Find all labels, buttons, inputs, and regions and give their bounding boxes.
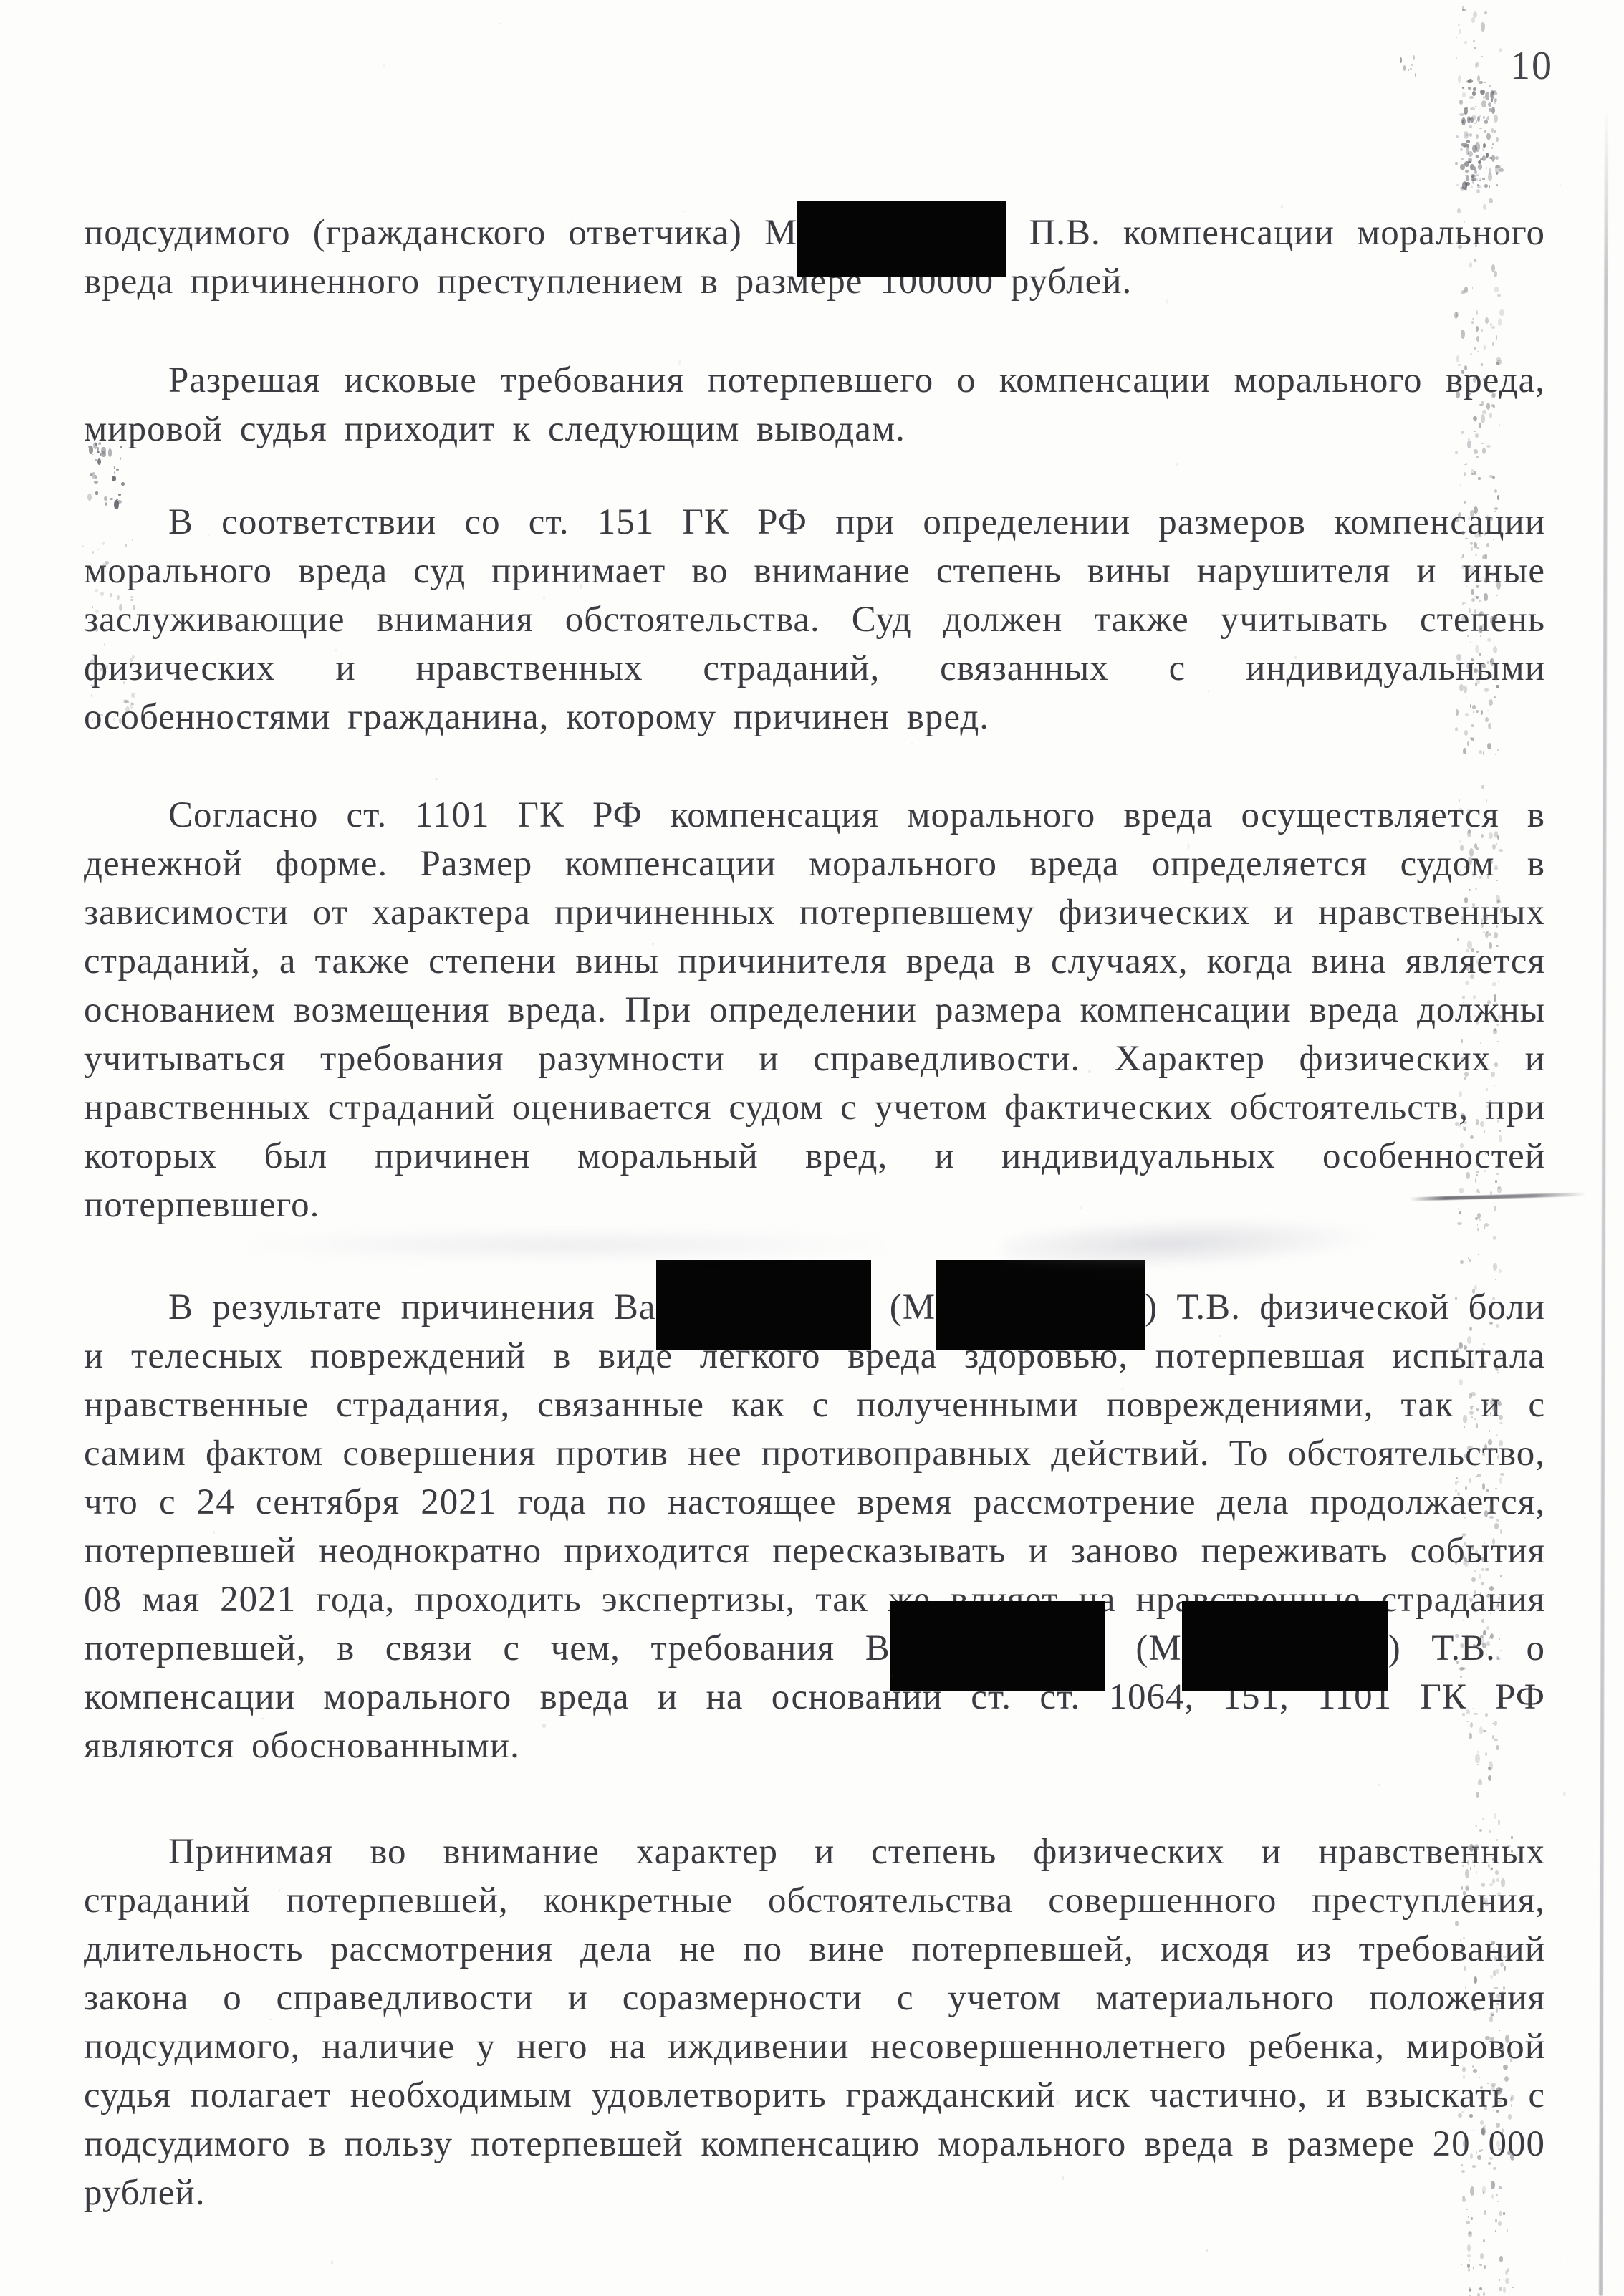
scan-speck xyxy=(1469,2232,1471,2234)
scan-speck xyxy=(1400,57,1402,62)
scan-speck xyxy=(1476,134,1479,139)
scan-speck xyxy=(1471,174,1476,177)
scan-speck xyxy=(1466,175,1469,181)
scan-speck xyxy=(1491,92,1494,95)
scan-speck xyxy=(1469,133,1472,137)
scan-speck xyxy=(1455,162,1458,165)
scan-speck xyxy=(1281,204,1283,208)
scan-speck xyxy=(1494,130,1496,133)
scan-speck xyxy=(1481,100,1486,107)
scan-speck xyxy=(1494,115,1498,123)
scan-speck xyxy=(1471,115,1476,120)
scan-speck xyxy=(1473,87,1477,92)
scan-speck xyxy=(1496,92,1497,95)
scan-speck xyxy=(1456,135,1459,138)
scan-speck xyxy=(1469,2259,1470,2262)
scan-speck xyxy=(1483,2239,1485,2242)
scan-speck xyxy=(1486,118,1488,120)
scan-speck xyxy=(1476,178,1478,181)
scan-speck xyxy=(1499,168,1504,173)
scan-speck xyxy=(1499,48,1502,52)
scan-speck xyxy=(1475,62,1479,67)
scan-speck xyxy=(1456,57,1457,59)
scan-speck xyxy=(1474,166,1476,171)
scan-speck xyxy=(1488,173,1492,181)
scan-speck xyxy=(1488,102,1491,107)
scan-speck xyxy=(1484,11,1487,14)
scan-speck xyxy=(1467,2254,1471,2257)
paragraph: подсудимого (гражданского ответчика) М П… xyxy=(84,208,1545,306)
scan-speck xyxy=(1512,2287,1514,2289)
scan-speck xyxy=(1474,47,1476,49)
scan-speck xyxy=(1479,2264,1482,2266)
redaction-fill xyxy=(936,1260,1145,1350)
scan-speck xyxy=(1484,130,1486,133)
scan-speck xyxy=(1468,153,1469,153)
scan-speck xyxy=(1456,184,1459,186)
scan-speck xyxy=(1470,102,1471,103)
scan-speck xyxy=(1471,117,1473,122)
scan-speck xyxy=(1477,184,1479,186)
paragraph: В результате причинения Ва (М) Т.В. физи… xyxy=(84,1283,1545,1770)
page-edge-shadow xyxy=(1599,107,1608,2296)
scan-speck xyxy=(1459,113,1464,117)
scan-speck xyxy=(1489,198,1493,203)
scan-speck xyxy=(1461,143,1466,147)
scan-speck xyxy=(1460,186,1464,191)
scan-speck xyxy=(1415,73,1416,77)
scan-speck xyxy=(1470,107,1475,110)
scan-speck xyxy=(1468,87,1472,90)
scan-speck xyxy=(1495,156,1499,160)
scan-speck xyxy=(1462,120,1464,123)
scan-speck xyxy=(1471,175,1474,178)
scan-speck xyxy=(1491,107,1495,114)
scan-speck xyxy=(1464,41,1467,43)
text-block: подсудимого (гражданского ответчика) М П… xyxy=(84,208,1545,2217)
redaction-box xyxy=(656,1293,871,1319)
redaction-box xyxy=(936,1293,1145,1319)
redaction-fill xyxy=(1182,1601,1388,1691)
scan-speck xyxy=(1469,2289,1471,2291)
paragraph-text: В соответствии со ст. 151 ГК РФ при опре… xyxy=(84,502,1545,737)
scan-speck xyxy=(1466,148,1469,155)
scan-speck xyxy=(1476,189,1480,194)
scan-speck xyxy=(1563,1792,1565,1796)
scan-speck xyxy=(1478,160,1481,164)
scan-speck xyxy=(1476,120,1478,123)
scan-speck xyxy=(1489,168,1492,174)
scan-speck xyxy=(1469,118,1471,119)
scan-speck xyxy=(1467,2244,1471,2252)
scan-speck xyxy=(1483,96,1484,99)
scan-speck xyxy=(1505,2278,1509,2285)
scan-speck xyxy=(1467,116,1471,123)
scan-speck xyxy=(1458,24,1460,26)
scan-speck xyxy=(1466,2221,1470,2224)
scan-speck xyxy=(1473,40,1475,42)
scan-speck xyxy=(1483,150,1484,151)
scan-speck xyxy=(1465,170,1469,173)
scan-speck xyxy=(1499,2256,1502,2262)
scan-speck xyxy=(1468,151,1473,157)
scan-speck xyxy=(1461,158,1464,160)
scan-speck xyxy=(1499,2287,1502,2291)
document-page: 10 подсудимого (гражданского ответчика) … xyxy=(0,0,1624,2296)
scan-speck xyxy=(1496,184,1498,186)
scan-speck xyxy=(1491,155,1495,162)
scan-speck xyxy=(1467,2264,1469,2268)
scan-speck xyxy=(1491,99,1493,102)
scan-speck xyxy=(1470,164,1474,170)
scan-speck xyxy=(1491,128,1494,133)
scan-speck xyxy=(1482,81,1484,83)
scan-speck xyxy=(1468,79,1473,83)
scan-speck xyxy=(1492,91,1494,94)
paragraph-text: Принимая во внимание характер и степень … xyxy=(84,1832,1545,2213)
scan-speck xyxy=(1461,117,1466,125)
scan-speck xyxy=(1462,9,1466,11)
scan-speck xyxy=(1468,161,1471,163)
scan-speck xyxy=(1461,2264,1462,2265)
scan-speck xyxy=(1469,125,1472,128)
scan-speck xyxy=(1477,2293,1480,2296)
scan-speck xyxy=(1479,81,1483,84)
scan-speck xyxy=(1495,165,1500,169)
scan-speck xyxy=(1487,133,1489,133)
scan-speck xyxy=(1489,157,1492,160)
redaction-fill xyxy=(797,201,1006,277)
paragraph-text: Разрешая исковые требования потерпевшего… xyxy=(84,360,1545,449)
scan-speck xyxy=(1473,2267,1474,2269)
scan-speck xyxy=(1477,185,1479,186)
scan-speck xyxy=(1495,165,1500,175)
scan-speck xyxy=(1475,106,1476,107)
scan-speck xyxy=(1495,2219,1497,2223)
scan-speck xyxy=(1468,158,1471,163)
paragraph: Разрешая исковые требования потерпевшего… xyxy=(84,356,1545,453)
scan-speck xyxy=(1206,2249,1208,2252)
scan-speck xyxy=(1489,85,1491,87)
scan-speck xyxy=(1560,2258,1562,2260)
scan-speck xyxy=(1498,2221,1502,2226)
scan-speck xyxy=(1491,95,1493,97)
scan-speck xyxy=(1462,92,1465,97)
paragraph-text: (М xyxy=(871,1287,936,1327)
scan-speck xyxy=(1472,91,1475,96)
scan-speck xyxy=(1403,65,1406,70)
scan-speck xyxy=(1483,178,1485,181)
scan-speck xyxy=(1473,11,1477,18)
scan-speck xyxy=(1494,99,1496,104)
scan-speck xyxy=(1490,90,1494,100)
scan-speck xyxy=(1486,133,1490,140)
scan-speck xyxy=(1483,143,1486,148)
scan-speck xyxy=(1471,2217,1472,2220)
scan-speck xyxy=(1466,140,1470,143)
scan-speck xyxy=(1456,37,1457,38)
scan-speck xyxy=(1475,155,1477,158)
scan-speck xyxy=(1475,142,1480,152)
scan-speck xyxy=(1461,148,1462,149)
scan-speck xyxy=(1469,96,1474,99)
scan-speck xyxy=(1482,178,1484,180)
scan-speck xyxy=(1477,116,1480,122)
paragraph-text: В результате причинения Ва xyxy=(168,1287,656,1327)
scan-speck xyxy=(1464,131,1469,138)
scan-speck xyxy=(1481,22,1485,32)
redaction-box xyxy=(890,1634,1105,1660)
scan-speck xyxy=(1479,180,1481,182)
scan-speck xyxy=(1499,2279,1500,2280)
scan-speck xyxy=(1466,134,1468,136)
scan-speck xyxy=(1464,161,1469,167)
scan-speck xyxy=(1476,155,1478,158)
scan-speck xyxy=(1483,2292,1485,2296)
scan-speck xyxy=(1486,167,1487,169)
paragraph: В соответствии со ст. 151 ГК РФ при опре… xyxy=(84,498,1545,741)
scan-speck xyxy=(1468,2268,1470,2272)
paragraph-text: Согласно ст. 1101 ГК РФ компенсация мора… xyxy=(84,795,1545,1225)
scan-speck xyxy=(1477,75,1480,82)
scan-speck xyxy=(1493,90,1496,95)
scan-speck xyxy=(1477,185,1481,189)
scan-speck xyxy=(1471,186,1473,188)
scan-speck xyxy=(1460,164,1465,170)
scan-speck xyxy=(1487,116,1490,120)
scan-speck xyxy=(1489,185,1491,188)
scan-speck xyxy=(1461,187,1464,189)
scan-speck xyxy=(1489,108,1491,112)
scan-speck xyxy=(1462,181,1467,190)
scan-speck xyxy=(1480,90,1485,95)
scan-speck xyxy=(1481,119,1482,122)
scan-speck xyxy=(1466,144,1469,148)
scan-speck xyxy=(1478,164,1482,170)
scan-speck xyxy=(1484,120,1488,124)
scan-speck xyxy=(1472,179,1475,185)
scan-speck xyxy=(1479,2287,1482,2290)
scan-speck xyxy=(1479,128,1482,130)
scan-speck xyxy=(1465,175,1466,176)
scan-speck xyxy=(1480,2253,1483,2259)
scan-speck xyxy=(1460,148,1463,152)
page-number: 10 xyxy=(1510,46,1553,86)
scan-speck xyxy=(1491,147,1494,149)
scan-speck xyxy=(1413,55,1415,60)
scan-speck xyxy=(1471,17,1474,23)
scan-speck xyxy=(1464,107,1468,115)
scan-speck xyxy=(1495,2230,1496,2232)
scan-speck xyxy=(1458,75,1461,82)
scan-speck xyxy=(331,2260,333,2264)
scan-speck xyxy=(1468,2231,1472,2237)
scan-speck xyxy=(1465,182,1470,186)
scan-speck xyxy=(1471,178,1476,182)
scan-speck xyxy=(1486,153,1489,158)
scan-speck xyxy=(1484,184,1488,188)
scan-speck xyxy=(1482,147,1484,150)
scan-speck xyxy=(1485,92,1489,100)
scan-speck xyxy=(1461,144,1463,145)
scan-speck xyxy=(1479,115,1481,117)
scan-speck xyxy=(1410,68,1411,70)
scan-speck xyxy=(1465,112,1466,114)
scan-speck xyxy=(1474,123,1476,123)
scan-speck xyxy=(1484,82,1486,83)
scan-speck xyxy=(1466,107,1468,109)
scan-speck xyxy=(1483,116,1485,119)
scan-speck xyxy=(1494,98,1497,102)
scan-speck xyxy=(1475,64,1477,69)
scan-speck xyxy=(1474,170,1477,174)
scan-speck xyxy=(1408,69,1409,72)
redaction-box xyxy=(1182,1634,1388,1660)
redaction-fill xyxy=(890,1601,1105,1691)
scan-speck xyxy=(1560,184,1561,186)
scan-speck xyxy=(1496,137,1499,142)
paragraph: Согласно ст. 1101 ГК РФ компенсация мора… xyxy=(84,791,1545,1229)
scan-speck xyxy=(1484,2265,1486,2268)
scan-speck xyxy=(1469,2287,1471,2292)
scan-speck xyxy=(1472,145,1477,153)
scan-speck xyxy=(1462,6,1465,11)
paragraph-text: (М xyxy=(1105,1628,1182,1668)
scan-speck xyxy=(1482,155,1486,161)
scan-speck xyxy=(1411,64,1413,66)
scan-speck xyxy=(1496,172,1498,174)
scan-speck xyxy=(1479,178,1481,181)
redaction-fill xyxy=(656,1260,871,1350)
scan-speck xyxy=(1507,2229,1508,2232)
scan-speck xyxy=(1503,2287,1507,2293)
scan-speck xyxy=(1480,158,1483,160)
scan-speck xyxy=(1466,80,1471,83)
scan-speck xyxy=(1492,143,1494,145)
scan-speck xyxy=(499,23,501,25)
scan-speck xyxy=(1459,100,1463,105)
scan-speck xyxy=(1481,56,1483,57)
paragraph-text: подсудимого (гражданского ответчика) М xyxy=(84,213,797,253)
scan-speck xyxy=(1507,2268,1509,2272)
scan-speck xyxy=(1459,29,1461,34)
scan-speck xyxy=(1476,174,1479,176)
scan-speck xyxy=(1489,109,1491,110)
paragraph: Принимая во внимание характер и степень … xyxy=(84,1827,1545,2217)
scan-speck xyxy=(1462,87,1464,89)
scan-speck xyxy=(1464,145,1466,148)
scan-speck xyxy=(383,64,385,67)
scan-speck xyxy=(1505,2270,1508,2275)
redaction-box xyxy=(797,218,1006,244)
scan-speck xyxy=(1465,186,1467,191)
